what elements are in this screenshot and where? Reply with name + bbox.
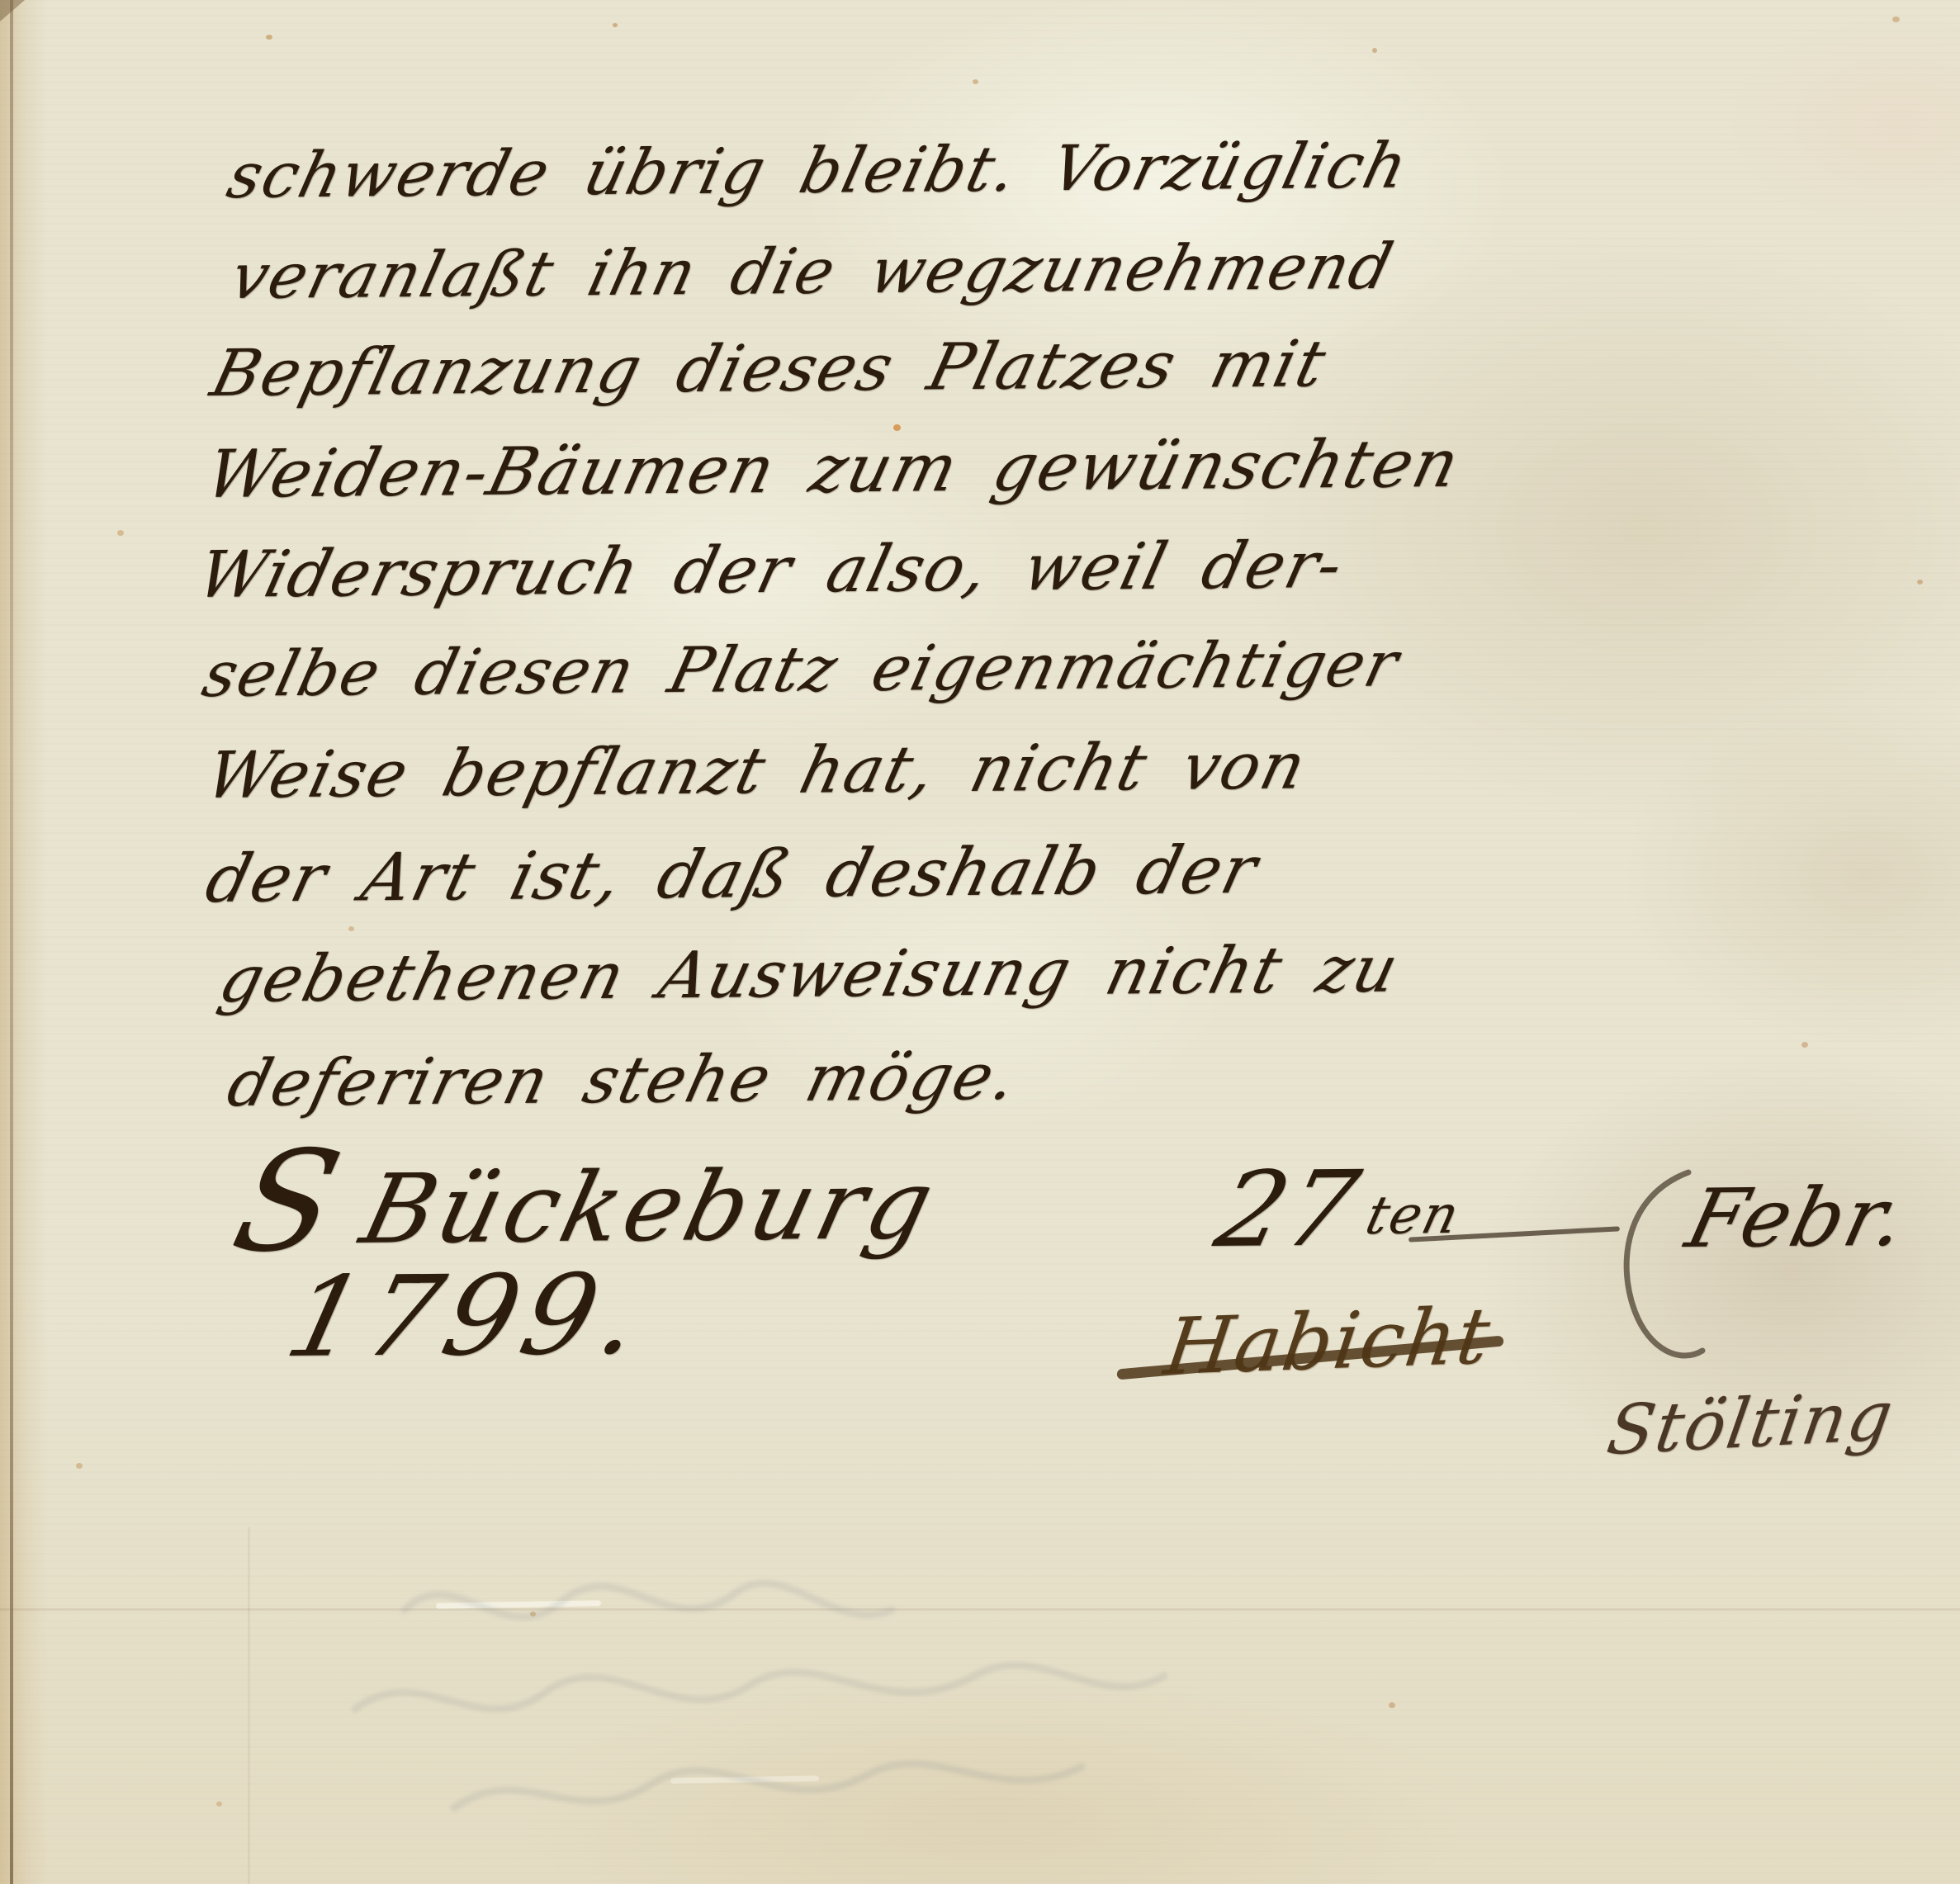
page-edge-left xyxy=(0,0,48,1884)
foxing-speck xyxy=(1801,1042,1808,1048)
dateline-month: Febr. xyxy=(1678,1171,1916,1266)
handwritten-line-4: Weiden-Bäumen zum gewünschten xyxy=(199,425,1468,513)
handwritten-line-5: Widerspruch der also, weil der- xyxy=(191,528,1351,613)
foxing-speck xyxy=(1892,17,1900,22)
foxing-speck xyxy=(973,79,978,84)
dateline-place: Bückeburg xyxy=(352,1149,947,1266)
foxing-speck xyxy=(1917,580,1923,585)
handwritten-line-2: veranlaßt ihn die wegzunehmend xyxy=(224,230,1401,313)
handwritten-line-6: selbe diesen Platz eigenmächtiger xyxy=(196,627,1407,711)
foxing-speck xyxy=(613,23,618,27)
foxing-speck xyxy=(266,35,272,40)
foxing-speck xyxy=(1372,48,1377,53)
handwritten-line-10: deferiren stehe möge. xyxy=(220,1040,1025,1121)
handwritten-line-1: schwerde übrig bleibt. Vorzüglich xyxy=(220,129,1416,212)
foxing-speck xyxy=(76,1463,83,1469)
dateline-day: 27 xyxy=(1205,1148,1371,1271)
handwritten-line-3: Bepflanzung dieses Platzes mit xyxy=(204,327,1333,411)
handwritten-line-7: Weise bepflanzt hat, nicht von xyxy=(199,729,1314,813)
dateline-year: 1799. xyxy=(275,1250,660,1382)
manuscript-page: schwerde übrig bleibt. Vorzüglich veranl… xyxy=(0,0,1960,1884)
handwritten-line-9: gebethenen Ausweisung nicht zu xyxy=(212,933,1406,1017)
signature-stoelting: Stölting xyxy=(1602,1376,1899,1470)
page-edge-fold-line xyxy=(10,0,13,1884)
foxing-speck xyxy=(117,530,124,536)
verso-bleedthrough-ghost-writing xyxy=(206,1536,1445,1866)
handwritten-line-8: der Art ist, daß deshalb der xyxy=(199,831,1266,917)
foxing-speck xyxy=(348,926,354,931)
